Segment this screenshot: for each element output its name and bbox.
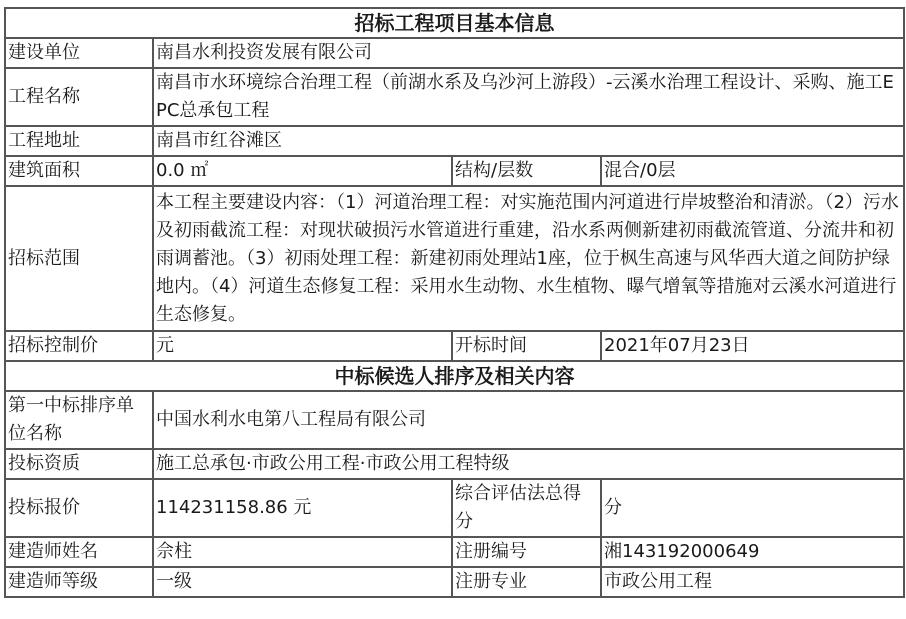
value-engineer-name: 佘柱 [153, 537, 452, 567]
value-address: 南昌市红谷滩区 [153, 126, 904, 156]
label-scope: 招标范围 [5, 186, 153, 331]
value-project-name: 南昌市水环境综合治理工程（前湖水系及乌沙河上游段）-云溪水治理工程设计、采购、施… [153, 68, 904, 126]
value-structure: 混合/0层 [601, 156, 904, 186]
label-engineer-name: 建造师姓名 [5, 537, 153, 567]
value-builder: 南昌水利投资发展有限公司 [153, 38, 904, 68]
label-open-date: 开标时间 [452, 331, 601, 361]
label-first-candidate: 第一中标排序单位名称 [5, 391, 153, 449]
section-title-project-info: 招标工程项目基本信息 [5, 8, 904, 38]
label-builder: 建设单位 [5, 38, 153, 68]
label-registration-specialty: 注册专业 [452, 567, 601, 597]
value-open-date: 2021年07月23日 [601, 331, 904, 361]
value-score: 分 [601, 479, 904, 537]
value-area: 0.0 ㎡ [153, 156, 452, 186]
value-bid-price: 114231158.86 元 [153, 479, 452, 537]
value-qualification: 施工总承包·市政公用工程·市政公用工程特级 [153, 449, 904, 479]
label-structure: 结构/层数 [452, 156, 601, 186]
section-title-candidates: 中标候选人排序及相关内容 [5, 361, 904, 391]
label-engineer-level: 建造师等级 [5, 567, 153, 597]
label-score: 综合评估法总得分 [452, 479, 601, 537]
label-address: 工程地址 [5, 126, 153, 156]
value-first-candidate: 中国水利水电第八工程局有限公司 [153, 391, 904, 449]
label-area: 建筑面积 [5, 156, 153, 186]
value-control-price: 元 [153, 331, 452, 361]
label-control-price: 招标控制价 [5, 331, 153, 361]
value-scope: 本工程主要建设内容：（1）河道治理工程：对实施范围内河道进行岸坡整治和清淤。（2… [153, 186, 904, 331]
label-bid-price: 投标报价 [5, 479, 153, 537]
tender-info-table: 招标工程项目基本信息 建设单位 南昌水利投资发展有限公司 工程名称 南昌市水环境… [4, 7, 905, 598]
label-qualification: 投标资质 [5, 449, 153, 479]
value-engineer-level: 一级 [153, 567, 452, 597]
label-registration-number: 注册编号 [452, 537, 601, 567]
value-registration-specialty: 市政公用工程 [601, 567, 904, 597]
label-project-name: 工程名称 [5, 68, 153, 126]
value-registration-number: 湘143192000649 [601, 537, 904, 567]
